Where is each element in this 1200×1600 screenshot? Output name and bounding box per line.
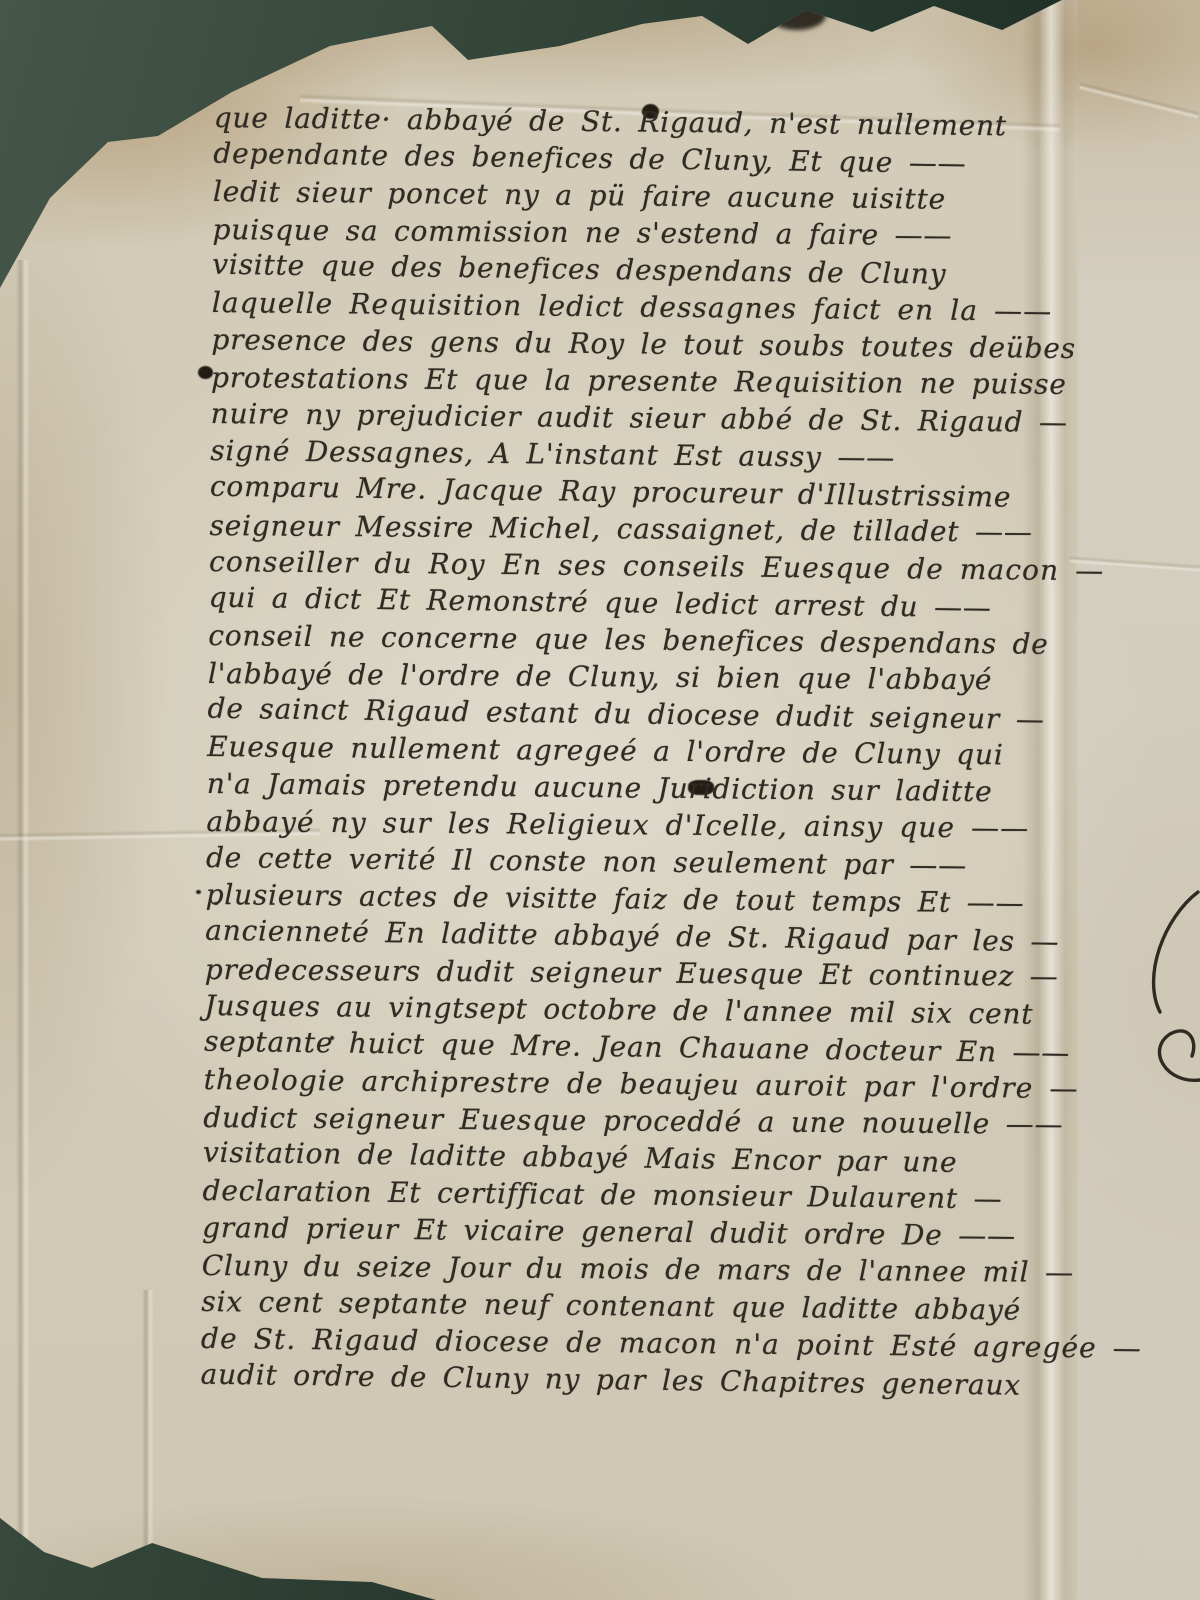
manuscript-line: protestations Et que la presente Requisi…	[211, 359, 1057, 403]
ink-speck	[196, 890, 201, 894]
right-margin-crease	[1079, 81, 1200, 119]
manuscript-line: Cluny du seize Jour du mois de mars de l…	[202, 1247, 1048, 1291]
manuscript-paper: que laditte· abbayé de St. Rigaud, n'est…	[0, 0, 1200, 1600]
manuscript-line: abbayé ny sur les Religieux d'Icelle, ai…	[206, 803, 1052, 847]
manuscript-line: seigneur Messire Michel, cassaignet, de …	[209, 507, 1055, 551]
left-edge-crease	[16, 260, 30, 1600]
top-edge-ink-smudge	[768, 0, 826, 30]
bottom-left-crease	[142, 1290, 154, 1600]
marginal-ink-flourish	[1126, 884, 1200, 1094]
photo-backdrop: que laditte· abbayé de St. Rigaud, n'est…	[0, 0, 1200, 1600]
handwritten-text-block: que laditte· abbayé de St. Rigaud, n'est…	[200, 99, 1060, 1403]
manuscript-line: predecesseurs dudit seigneur Euesque Et …	[205, 951, 1051, 995]
